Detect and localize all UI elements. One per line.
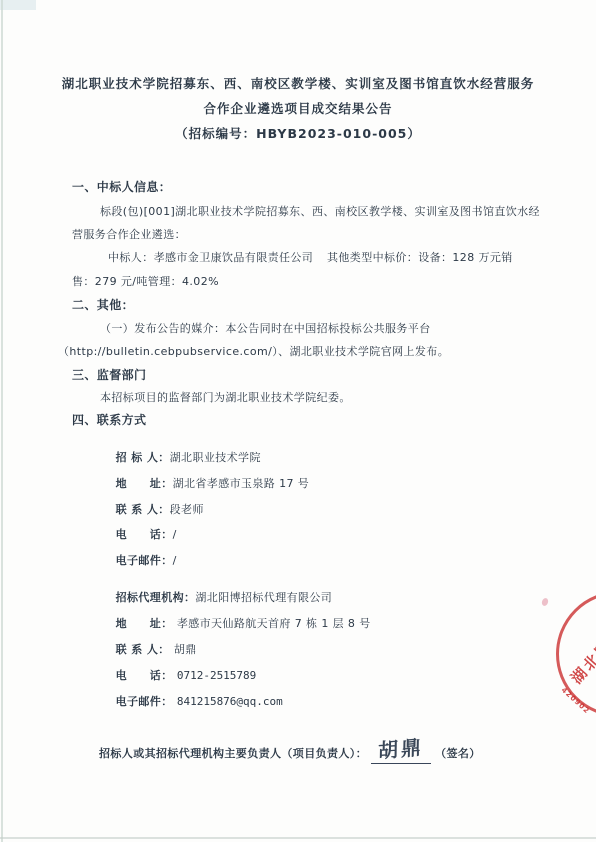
- seal-code-text: 420902: [560, 686, 592, 716]
- tenderer-address-value: 湖北省孝感市玉泉路 17 号: [173, 477, 310, 490]
- winning-price-part2: 售：279 元/吨管理：4.02%: [72, 275, 219, 288]
- tenderer-phone-label: 电 话：: [116, 528, 173, 541]
- signature-suffix: （签名）: [435, 745, 481, 764]
- section2-heading: 二、其他：: [72, 298, 134, 312]
- agency-phone-value: 0712-2515789: [177, 669, 256, 682]
- tenderer-name-value: 湖北职业技术学院: [170, 451, 261, 464]
- section3-heading: 三、监督部门: [72, 368, 146, 382]
- agency-org-label: 招标代理机构：: [116, 591, 196, 604]
- agency-email-label: 电子邮件：: [116, 695, 177, 708]
- scanned-document-page: 湖北职业技术学院招募东、西、南校区教学楼、实训室及图书馆直饮水经营服务 合作企业…: [0, 0, 596, 842]
- agency-org-value: 湖北阳博招标代理有限公司: [195, 591, 332, 604]
- scan-bottom-edge: [0, 837, 596, 839]
- announcement-url-line: （http://bulletin.cebpubservice.com/）、湖北职…: [58, 345, 449, 358]
- signature-row: 招标人或其招标代理机构主要负责人（项目负责人）：胡鼎（签名）: [99, 733, 481, 764]
- scan-smudge: [0, 0, 36, 10]
- announcement-media-line: （一）发布公告的媒介：本公告同时在中国招标投标公共服务平台: [100, 322, 431, 335]
- section4-heading: 四、联系方式: [72, 413, 146, 427]
- tenderer-email-label: 电子邮件：: [116, 554, 173, 567]
- doc-title-line2: 合作企业遴选项目成交结果公告: [0, 101, 596, 116]
- agency-address-value: 孝感市天仙路航天首府 7 栋 1 层 8 号: [177, 617, 371, 630]
- supervision-dept-line: 本招标项目的监督部门为湖北职业技术学院纪委。: [100, 391, 351, 404]
- agency-address-label: 地 址：: [116, 617, 177, 630]
- section1-paragraph-line1: 标段(包)[001]湖北职业技术学院招募东、西、南校区教学楼、实训室及图书馆直饮…: [100, 205, 540, 218]
- handwritten-signature: 胡鼎: [378, 731, 424, 764]
- doc-title-bid-number: （招标编号：HBYB2023-010-005）: [0, 126, 596, 141]
- agency-contact-value: 胡鼎: [174, 643, 197, 656]
- tenderer-email-row: 电子邮件：/: [100, 541, 177, 581]
- section1-paragraph-line2: 营服务合作企业遴选：: [72, 228, 186, 241]
- signature-prefix: 招标人或其招标代理机构主要负责人（项目负责人）：: [99, 745, 367, 764]
- scan-pink-mark: [541, 597, 549, 607]
- agency-email-row: 电子邮件： 841215876@qq.com: [100, 682, 283, 722]
- agency-email-value: 841215876@qq.com: [177, 695, 283, 708]
- tenderer-name-label: 招 标 人：: [116, 451, 170, 464]
- winning-price-part1: 其他类型中标价：设备：128 万元销: [327, 251, 513, 264]
- winner-name: 中标人：孝感市金卫康饮品有限责任公司: [108, 251, 313, 264]
- agency-contact-label: 联 系 人：: [116, 643, 174, 656]
- red-seal-stamp: 湖北阳博 420902: [556, 591, 596, 717]
- tenderer-email-value: /: [173, 554, 177, 567]
- tenderer-phone-value: /: [173, 528, 177, 541]
- section1-heading: 一、中标人信息：: [72, 180, 171, 194]
- tenderer-address-label: 地 址：: [116, 477, 173, 490]
- doc-title-line1: 湖北职业技术学院招募东、西、南校区教学楼、实训室及图书馆直饮水经营服务: [0, 76, 596, 91]
- signature-underline: 胡鼎: [371, 733, 431, 764]
- agency-phone-label: 电 话：: [116, 669, 177, 682]
- seal-org-text: 湖北阳博: [566, 620, 596, 688]
